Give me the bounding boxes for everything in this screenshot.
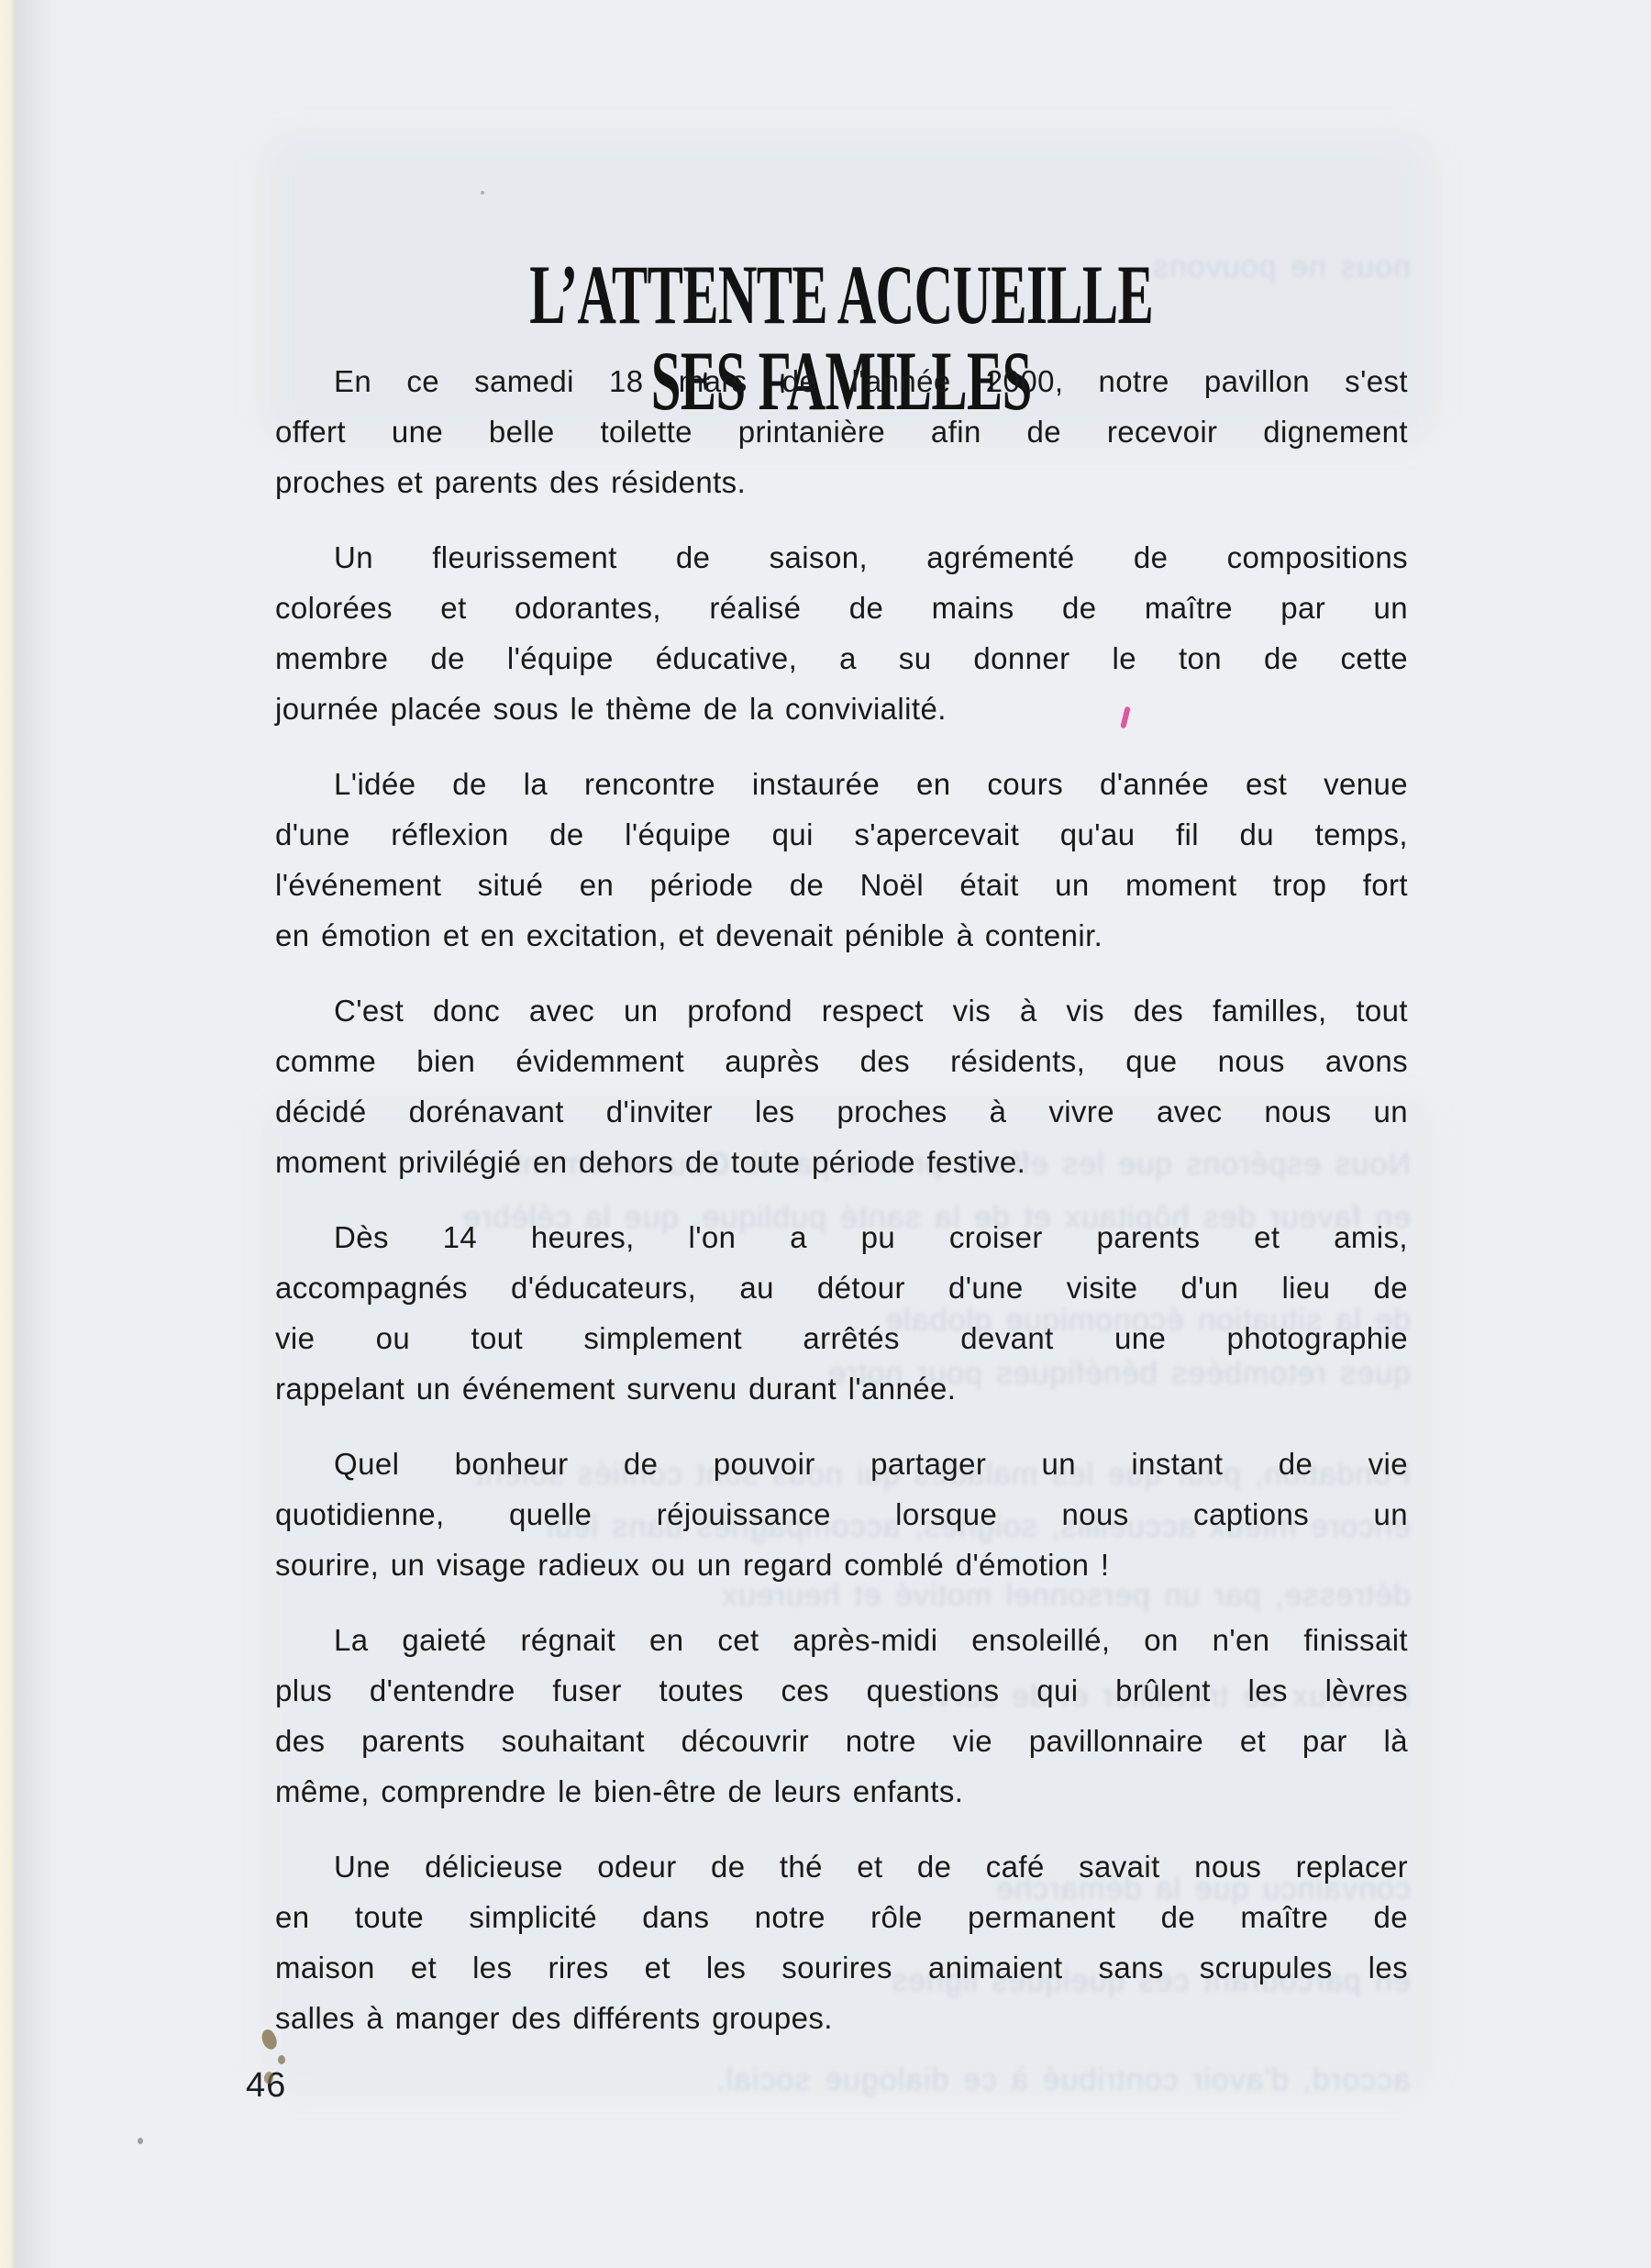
text-line: quotidienne, quelle réjouissance lorsque… [275,1489,1408,1540]
ghost-line: accord, d'avoir contribué à ce dialogue … [262,2062,1411,2098]
article-body: En ce samedi 18 mars de l'année 2000, no… [275,356,1408,2043]
paper-speck [138,2138,143,2144]
paragraph: Quel bonheur de pouvoir partager un inst… [275,1439,1408,1590]
text-line: en émotion et en excitation, et devenait… [275,910,1408,961]
text-line: plus d'entendre fuser toutes ces questio… [275,1665,1408,1716]
paragraph: Dès 14 heures, l'on a pu croiser parents… [275,1212,1408,1414]
text-line: en toute simplicité dans notre rôle perm… [275,1892,1408,1942]
paragraph: C'est donc avec un profond respect vis à… [275,985,1408,1187]
text-line: offert une belle toilette printanière af… [275,406,1408,457]
text-line: vie ou tout simplement arrêtés devant un… [275,1313,1408,1363]
text-line: C'est donc avec un profond respect vis à… [275,985,1408,1036]
text-line: comme bien évidemment auprès des résiden… [275,1036,1408,1086]
page-title-line1: L’ATTENTE ACCUEILLE [530,251,1154,338]
ink-smudge [278,2055,285,2064]
page-left-edge [0,0,15,2268]
scanned-book-page: nous ne pouvonsNous espérons que les eff… [0,0,1651,2268]
text-line: Une délicieuse odeur de thé et de café s… [275,1841,1408,1892]
text-line: des parents souhaitant découvrir notre v… [275,1716,1408,1766]
page-edge-shadow [15,0,57,2268]
text-line: Dès 14 heures, l'on a pu croiser parents… [275,1212,1408,1262]
paragraph: En ce samedi 18 mars de l'année 2000, no… [275,356,1408,507]
text-line: accompagnés d'éducateurs, au détour d'un… [275,1262,1408,1313]
text-line: proches et parents des résidents. [275,457,1408,507]
text-line: décidé dorénavant d'inviter les proches … [275,1086,1408,1137]
text-line: même, comprendre le bien-être de leurs e… [275,1766,1408,1817]
text-line: sourire, un visage radieux ou un regard … [275,1540,1408,1590]
text-line: moment privilégié en dehors de toute pér… [275,1137,1408,1187]
text-line: En ce samedi 18 mars de l'année 2000, no… [275,356,1408,406]
text-line: d'une réflexion de l'équipe qui s'aperce… [275,809,1408,860]
paragraph: Un fleurissement de saison, agrémenté de… [275,532,1408,734]
page-number: 46 [246,2066,286,2106]
text-line: colorées et odorantes, réalisé de mains … [275,583,1408,633]
paper-speck [481,191,484,195]
paragraph: Une délicieuse odeur de thé et de café s… [275,1841,1408,2043]
text-line: journée placée sous le thème de la convi… [275,684,1408,734]
text-line: maison et les rires et les sourires anim… [275,1942,1408,1993]
text-line: salles à manger des différents groupes. [275,1993,1408,2043]
text-line: L'idée de la rencontre instaurée en cour… [275,759,1408,809]
text-line: l'événement situé en période de Noël éta… [275,860,1408,910]
text-line: Quel bonheur de pouvoir partager un inst… [275,1439,1408,1489]
paragraph: L'idée de la rencontre instaurée en cour… [275,759,1408,961]
paragraph: La gaieté régnait en cet après-midi enso… [275,1615,1408,1817]
text-line: membre de l'équipe éducative, a su donne… [275,633,1408,684]
text-line: Un fleurissement de saison, agrémenté de… [275,532,1408,583]
text-line: La gaieté régnait en cet après-midi enso… [275,1615,1408,1665]
text-line: rappelant un événement survenu durant l'… [275,1363,1408,1414]
